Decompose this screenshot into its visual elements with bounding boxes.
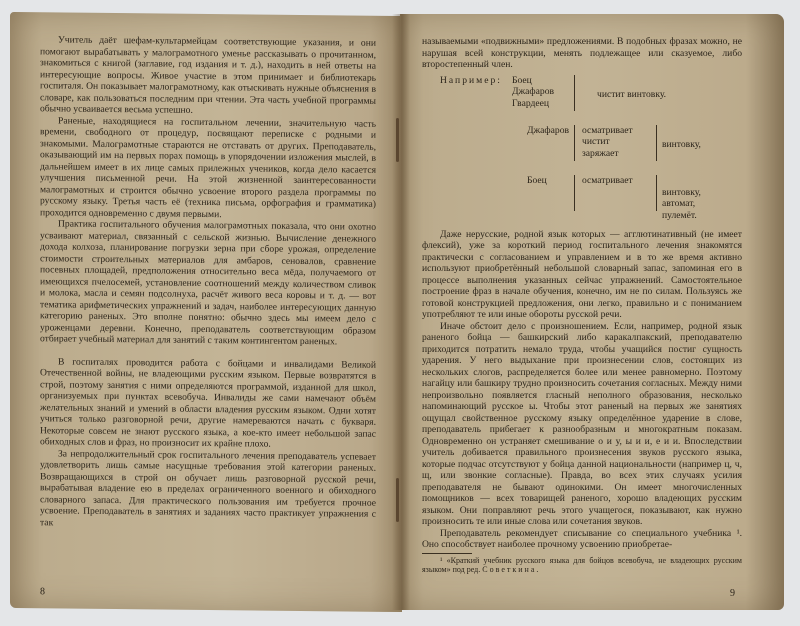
example-predicate: чистит винтовку. [597, 89, 666, 101]
paragraph: Раненые, находящиеся на госпитальном леч… [40, 115, 376, 222]
paragraph: Учитель даёт шефам-культармейцам соответ… [40, 34, 376, 118]
example-table: Например: Боец Джафаров Гвардеец чистит … [422, 75, 742, 225]
staple-top [396, 118, 399, 162]
example-subjects: Боец Джафаров Гвардеец [512, 75, 572, 110]
example-object: винтовку, [662, 139, 701, 151]
paragraph: За непродолжительный срок госпитального … [40, 448, 376, 532]
example-subject: Боец [527, 175, 547, 187]
right-page-text: называемыми «подвижными» предложениями. … [422, 36, 742, 575]
page-number: 9 [730, 588, 735, 599]
footnote-divider [422, 553, 472, 554]
paragraph: Иначе обстоит дело с произношением. Если… [422, 321, 742, 528]
book-spine [392, 14, 410, 610]
paragraph: Преподаватель рекомендует списывание со … [422, 528, 742, 551]
staple-bottom [396, 478, 399, 522]
example-label: Например: [440, 75, 502, 87]
left-page: Учитель даёт шефам-культармейцам соответ… [10, 12, 402, 612]
right-page: называемыми «подвижными» предложениями. … [400, 14, 784, 610]
example-objects: винтовку, автомат, пулемёт. [662, 187, 701, 222]
paragraph: Практика госпитального обучения малограм… [40, 218, 376, 348]
paragraph: В госпиталях проводится работа с бойцами… [40, 356, 376, 452]
page-number: 8 [40, 586, 45, 597]
example-verb: осматривает [582, 175, 633, 187]
footnote: ¹ «Краткий учебник русского языка для бо… [422, 556, 742, 575]
left-page-text: Учитель даёт шефам-культармейцам соответ… [40, 34, 376, 532]
open-book: Учитель даёт шефам-культармейцам соответ… [0, 0, 800, 626]
paragraph: Даже нерусские, родной язык которых — аг… [422, 229, 742, 321]
example-subject: Джафаров [527, 125, 569, 137]
paragraph: называемыми «подвижными» предложениями. … [422, 36, 742, 71]
example-verbs: осматривает чистит заряжает [582, 125, 633, 160]
